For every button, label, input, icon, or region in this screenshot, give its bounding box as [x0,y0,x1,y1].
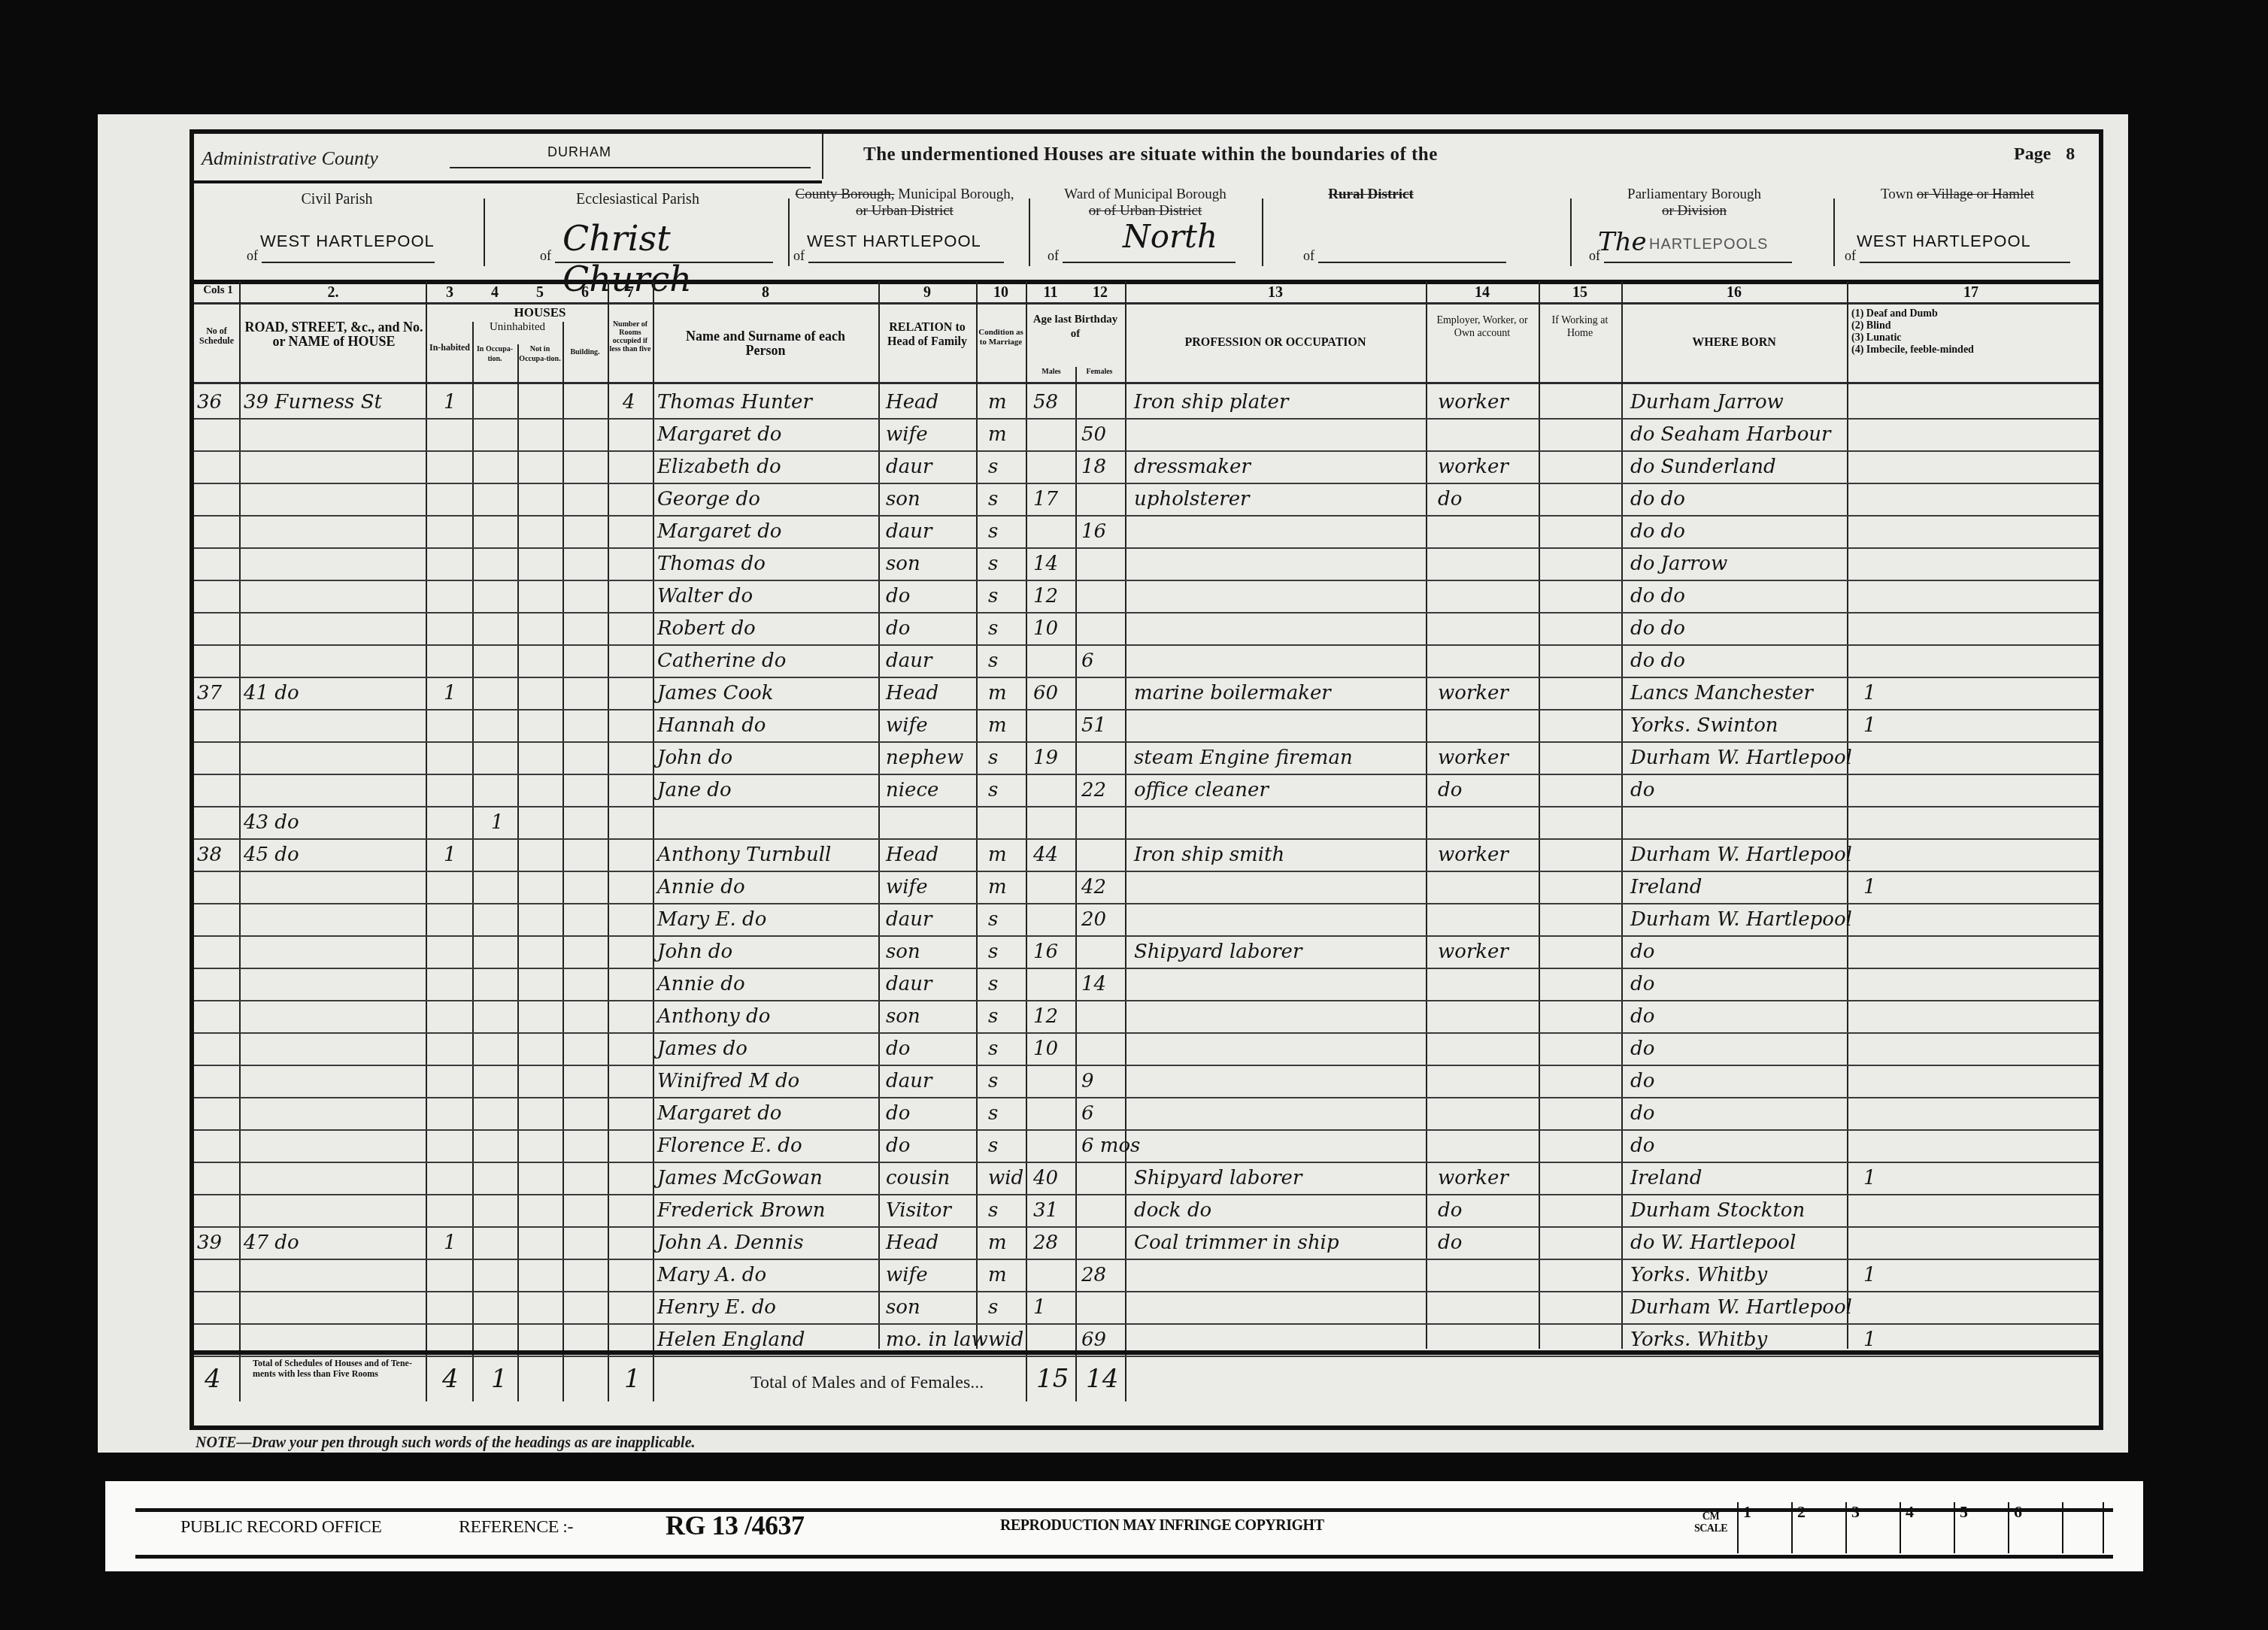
person-name [657,805,883,840]
inhabited-count [444,902,471,937]
schedule-number: 37 [197,676,239,710]
parliamentary-borough: Parliamentary Borough or Division of The… [1574,183,1830,280]
of-prefix: of [793,248,805,264]
form-title: The undermentioned Houses are situate wi… [863,144,1438,165]
label: Parliamentary Borough [1627,186,1761,202]
reference-value: RG 13 /4637 [666,1510,805,1541]
ward-value: North [1123,218,1217,255]
header-females: Females [1075,367,1123,377]
civil-parish-value: WEST HARTLEPOOL [260,232,435,251]
schedule-number [197,417,239,452]
scale-cell [2062,1502,2104,1553]
marital-condition: s [988,967,1024,1001]
schedule-number [197,579,239,614]
road-address [244,514,424,549]
header-name: Name and Surname of each Person [675,329,856,358]
col-num: 8 [653,284,878,301]
works-at-home [1548,1129,1620,1163]
occupation: Iron ship plater [1134,385,1424,420]
relation: daur [886,450,975,484]
schedule-number [197,1193,239,1228]
col-num: 11 [1026,284,1075,301]
marital-condition: s [988,999,1024,1034]
infirmity [1863,579,1939,614]
female-age [1081,547,1123,581]
birthplace: Lancs Manchester [1630,676,1845,710]
relation: wife [886,870,975,904]
relation: daur [886,902,975,937]
female-age: 51 [1081,708,1123,743]
office-label: PUBLIC RECORD OFFICE [180,1517,381,1538]
female-age [1081,1032,1123,1066]
male-age [1033,967,1074,1001]
marital-condition: m [988,838,1024,872]
uninhabited-count [491,514,518,549]
works-at-home [1548,482,1620,517]
col-num: 15 [1539,284,1621,301]
inhabited-count [444,999,471,1034]
works-at-home [1548,450,1620,484]
inhabited-count [444,708,471,743]
female-age: 20 [1081,902,1123,937]
infirmity [1863,902,1939,937]
infirmity [1863,1129,1939,1163]
uninhabited-count [491,676,518,710]
birthplace: Durham W. Hartlepool [1630,1290,1845,1325]
road-address [244,967,424,1001]
inhabited-count: 1 [444,385,471,420]
marital-condition: s [988,1193,1024,1228]
male-age: 19 [1033,741,1074,775]
occupation [1134,967,1424,1001]
marital-condition: m [988,1226,1024,1260]
occupation: upholsterer [1134,482,1424,517]
person-name: Margaret do [657,514,883,549]
relation: son [886,1290,975,1325]
works-at-home [1548,773,1620,807]
marital-condition: s [988,579,1024,614]
infirmity [1863,838,1939,872]
table-row: James McGowan cousin wid 40 Shipyard lab… [194,1161,2099,1195]
schedule-number [197,708,239,743]
occupation: Iron ship smith [1134,838,1424,872]
schedule-number [197,1064,239,1098]
schedule-number [197,902,239,937]
town-label: Town or Village or Hamlet [1837,186,2078,203]
uninhabited-count [491,741,518,775]
road-address: 45 do [244,838,424,872]
employment-status [1438,1064,1537,1098]
female-age [1081,935,1123,969]
inhabited-count [444,870,471,904]
ecclesiastical-parish-label: Ecclesiastical Parish [487,191,788,208]
marital-condition: s [988,1032,1024,1066]
census-sheet: Administrative County DURHAM The underme… [98,114,2128,1453]
person-name: Hannah do [657,708,883,743]
occupation [1134,1258,1424,1292]
inhabited-count [444,417,471,452]
occupation: Shipyard laborer [1134,1161,1424,1195]
birthplace: Durham W. Hartlepool [1630,741,1845,775]
underline [262,262,435,263]
rooms-count [623,708,650,743]
relation: do [886,579,975,614]
relation: do [886,611,975,646]
schedule-number [197,1161,239,1195]
person-name: Thomas Hunter [657,385,883,420]
birthplace: do [1630,1032,1845,1066]
employment-status [1438,1129,1537,1163]
header-inhabited: In-habited [429,343,471,353]
birthplace: do do [1630,482,1845,517]
uninhabited-count [491,870,518,904]
relation: son [886,547,975,581]
employment-status [1438,417,1537,452]
male-age [1033,902,1074,937]
male-age [1033,450,1074,484]
male-age: 60 [1033,676,1074,710]
rooms-count [623,1193,650,1228]
road-address [244,935,424,969]
table-row: John do son s 16 Shipyard laborer worker… [194,935,2099,969]
male-age: 58 [1033,385,1074,420]
birthplace: Durham W. Hartlepool [1630,838,1845,872]
relation: Head [886,676,975,710]
inhabited-count [444,579,471,614]
infirmity [1863,385,1939,420]
person-name: Robert do [657,611,883,646]
divider [1262,198,1263,266]
marital-condition [988,805,1024,840]
schedule-number: 39 [197,1226,239,1260]
birthplace: Yorks. Swinton [1630,708,1845,743]
inhabited-count [444,1161,471,1195]
birthplace: do Sunderland [1630,450,1845,484]
schedule-number [197,1290,239,1325]
works-at-home [1548,967,1620,1001]
label: Municipal Borough, [898,186,1014,202]
employment-status: worker [1438,935,1537,969]
schedule-number [197,805,239,840]
birthplace: do [1630,773,1845,807]
table-row: Henry E. do son s 1 Durham W. Hartlepool [194,1290,2099,1325]
header-rooms: Number of Rooms occupied if less than fi… [609,320,651,353]
underline [1318,262,1506,263]
schedule-number [197,611,239,646]
occupation [1134,417,1424,452]
table-row: George do son s 17 upholsterer do do do [194,482,2099,517]
census-rows: 36 39 Furness St 1 4 Thomas Hunter Head … [194,385,2099,1355]
table-row: Mary A. do wife m 28 Yorks. Whitby 1 [194,1258,2099,1292]
header-infirmity: (1) Deaf and Dumb (2) Blind (3) Lunatic … [1851,308,2092,356]
divider [1833,198,1835,266]
table-row: 39 47 do 1 John A. Dennis Head m 28 Coal… [194,1226,2099,1260]
of-prefix: of [540,248,551,264]
inhabited-count [444,482,471,517]
scale-cell: 6 [2008,1502,2062,1553]
schedule-number [197,999,239,1034]
inhabited-count [444,1258,471,1292]
totals-label: Total of Schedules of Houses and of Tene… [253,1358,418,1379]
col-num: 16 [1621,284,1847,301]
relation: daur [886,644,975,678]
col-num: 13 [1125,284,1426,301]
employment-status [1438,644,1537,678]
struck-label: County Borough, [796,186,895,202]
female-age [1081,1290,1123,1325]
road-address [244,708,424,743]
inhabited-count [444,1290,471,1325]
rural-district: Rural District of [1266,183,1536,280]
of-prefix: of [247,248,258,264]
person-name: Mary E. do [657,902,883,937]
female-age [1081,676,1123,710]
rooms-count: 4 [623,385,650,420]
col-num: Cols 1 [196,284,241,297]
road-address [244,1064,424,1098]
page-number: Page 8 [2014,144,2075,165]
road-address [244,902,424,937]
road-address [244,482,424,517]
male-age: 12 [1033,579,1074,614]
uninhabited-count [491,773,518,807]
inhabited-count [444,514,471,549]
table-row: Jane do niece s 22 office cleaner do do [194,773,2099,807]
road-address [244,870,424,904]
uninhabited-count [491,1258,518,1292]
person-name: Thomas do [657,547,883,581]
infirmity [1863,1032,1939,1066]
employment-status: worker [1438,838,1537,872]
uninhabited-count [491,902,518,937]
rooms-count [623,579,650,614]
infirmity: 1 [1863,676,1939,710]
birthplace: do W. Hartlepool [1630,1226,1845,1260]
ecclesiastical-parish: Ecclesiastical Parish of Christ Church [487,183,788,280]
col-num: 10 [976,284,1026,301]
underline [808,262,1004,263]
works-at-home [1548,1290,1620,1325]
birthplace: do [1630,1064,1845,1098]
ward-label: Ward of Municipal Borough or of Urban Di… [1032,186,1258,220]
schedule-number [197,741,239,775]
col-num: 4 [472,284,517,301]
label: Ward of Municipal Borough [1064,186,1226,202]
header-in-occupation: In Occupa-tion. [474,344,516,364]
birthplace: do [1630,935,1845,969]
person-name: Anthony Turnbull [657,838,883,872]
underline [1860,262,2070,263]
occupation [1134,999,1424,1034]
male-age: 31 [1033,1193,1074,1228]
col-num: 7 [608,284,653,301]
uninhabited-count [491,450,518,484]
birthplace: Durham Stockton [1630,1193,1845,1228]
works-at-home [1548,741,1620,775]
schedule-number [197,1129,239,1163]
occupation [1134,870,1424,904]
person-name: George do [657,482,883,517]
col-num: 2. [239,284,427,301]
admin-county: Administrative County DURHAM [202,144,818,174]
civil-parish-label: Civil Parish [194,191,480,208]
works-at-home [1548,579,1620,614]
relation: Head [886,1226,975,1260]
marital-condition: s [988,741,1024,775]
table-row: 38 45 do 1 Anthony Turnbull Head m 44 Ir… [194,838,2099,872]
works-at-home [1548,1193,1620,1228]
relation: niece [886,773,975,807]
occupation: office cleaner [1134,773,1424,807]
birthplace: do Seaham Harbour [1630,417,1845,452]
relation: daur [886,967,975,1001]
inhabited-count [444,935,471,969]
works-at-home [1548,1032,1620,1066]
uninhabited-count [491,1290,518,1325]
header-occupation: PROFESSION OR OCCUPATION [1126,335,1424,350]
rooms-count [623,1032,650,1066]
rural-district-label: Rural District [1266,186,1476,203]
works-at-home [1548,708,1620,743]
relation: Visitor [886,1193,975,1228]
table-row: Margaret do daur s 16 do do [194,514,2099,549]
admin-county-label: Administrative County [202,147,378,170]
uninhabited-count [491,1064,518,1098]
inhabited-count [444,1064,471,1098]
relation: wife [886,417,975,452]
marital-condition: s [988,1129,1024,1163]
female-age: 18 [1081,450,1123,484]
occupation [1134,1290,1424,1325]
male-age: 12 [1033,999,1074,1034]
col-num: 17 [1847,284,2095,301]
employment-status [1438,514,1537,549]
total-females: 14 [1086,1364,1118,1394]
infirmity [1863,741,1939,775]
works-at-home [1548,1096,1620,1131]
struck-label: or Division [1662,203,1727,219]
inhabited-count [444,1129,471,1163]
rooms-count [623,611,650,646]
table-row: Anthony do son s 12 do [194,999,2099,1034]
scale-cell: 4 [1900,1502,1954,1553]
road-address [244,644,424,678]
male-age [1033,870,1074,904]
employment-status: worker [1438,676,1537,710]
of-prefix: of [1303,248,1314,264]
road-address [244,1032,424,1066]
schedule-number: 36 [197,385,239,420]
schedule-number [197,482,239,517]
header-condition: Condition as to Marriage [978,328,1024,347]
total-rooms: 1 [624,1364,641,1394]
header-working-home: If Working at Home [1540,314,1620,340]
header-not-in-occupation: Not in Occupa-tion. [519,344,561,364]
employment-status: worker [1438,741,1537,775]
page-value: 8 [2066,144,2075,164]
col-num: 6 [562,284,608,301]
works-at-home [1548,902,1620,937]
uninhabited-count [491,1226,518,1260]
male-age [1033,417,1074,452]
road-address [244,773,424,807]
works-at-home [1548,514,1620,549]
female-age [1081,1193,1123,1228]
male-age [1033,805,1074,840]
col-num: 12 [1075,284,1125,301]
uninhabited-count [491,547,518,581]
inhabited-count [444,611,471,646]
female-age: 28 [1081,1258,1123,1292]
uninhabited-count [491,385,518,420]
col-num: 5 [517,284,562,301]
female-age: 22 [1081,773,1123,807]
marital-condition: s [988,902,1024,937]
infirmity: 1 [1863,1258,1939,1292]
person-name: Walter do [657,579,883,614]
person-name: John A. Dennis [657,1226,883,1260]
rooms-count [623,838,650,872]
employment-status: do [1438,1193,1537,1228]
relation: Head [886,385,975,420]
table-row: Elizabeth do daur s 18 dressmaker worker… [194,450,2099,484]
uninhabited-count [491,1161,518,1195]
schedule-number [197,870,239,904]
road-address [244,741,424,775]
employment-status [1438,547,1537,581]
scale-cell: 2 [1791,1502,1845,1553]
male-age [1033,1258,1074,1292]
rooms-count [623,1258,650,1292]
schedule-number: 38 [197,838,239,872]
marital-condition: m [988,708,1024,743]
schedule-number [197,935,239,969]
uninhabited-count [491,935,518,969]
rooms-count [623,805,650,840]
table-row: Florence E. do do s 6 mos do [194,1129,2099,1163]
relation: wife [886,708,975,743]
works-at-home [1548,935,1620,969]
census-form: Administrative County DURHAM The underme… [190,129,2103,1430]
male-age: 10 [1033,1032,1074,1066]
person-name: Catherine do [657,644,883,678]
road-address: 41 do [244,676,424,710]
marital-condition: s [988,611,1024,646]
male-age [1033,1129,1074,1163]
road-address [244,1258,424,1292]
rooms-count [623,1226,650,1260]
employment-status: do [1438,1226,1537,1260]
division-row: Civil Parish of WEST HARTLEPOOL Ecclesia… [194,183,2099,280]
birthplace: do [1630,999,1845,1034]
male-age [1033,708,1074,743]
birthplace: Durham W. Hartlepool [1630,902,1845,937]
schedule-number [197,514,239,549]
totals-mf-label: Total of Males and of Females... [750,1373,984,1393]
municipal-borough-label: County Borough, Municipal Borough, or Ur… [792,186,1017,220]
divider [788,198,790,266]
rooms-count [623,1096,650,1131]
occupation [1134,547,1424,581]
birthplace: do do [1630,611,1845,646]
rooms-count [623,935,650,969]
male-age: 40 [1033,1161,1074,1195]
marital-condition: s [988,1290,1024,1325]
infirmity-3: (3) Lunatic [1851,332,2092,344]
underline [555,262,773,263]
employment-status [1438,1096,1537,1131]
occupation [1134,902,1424,937]
